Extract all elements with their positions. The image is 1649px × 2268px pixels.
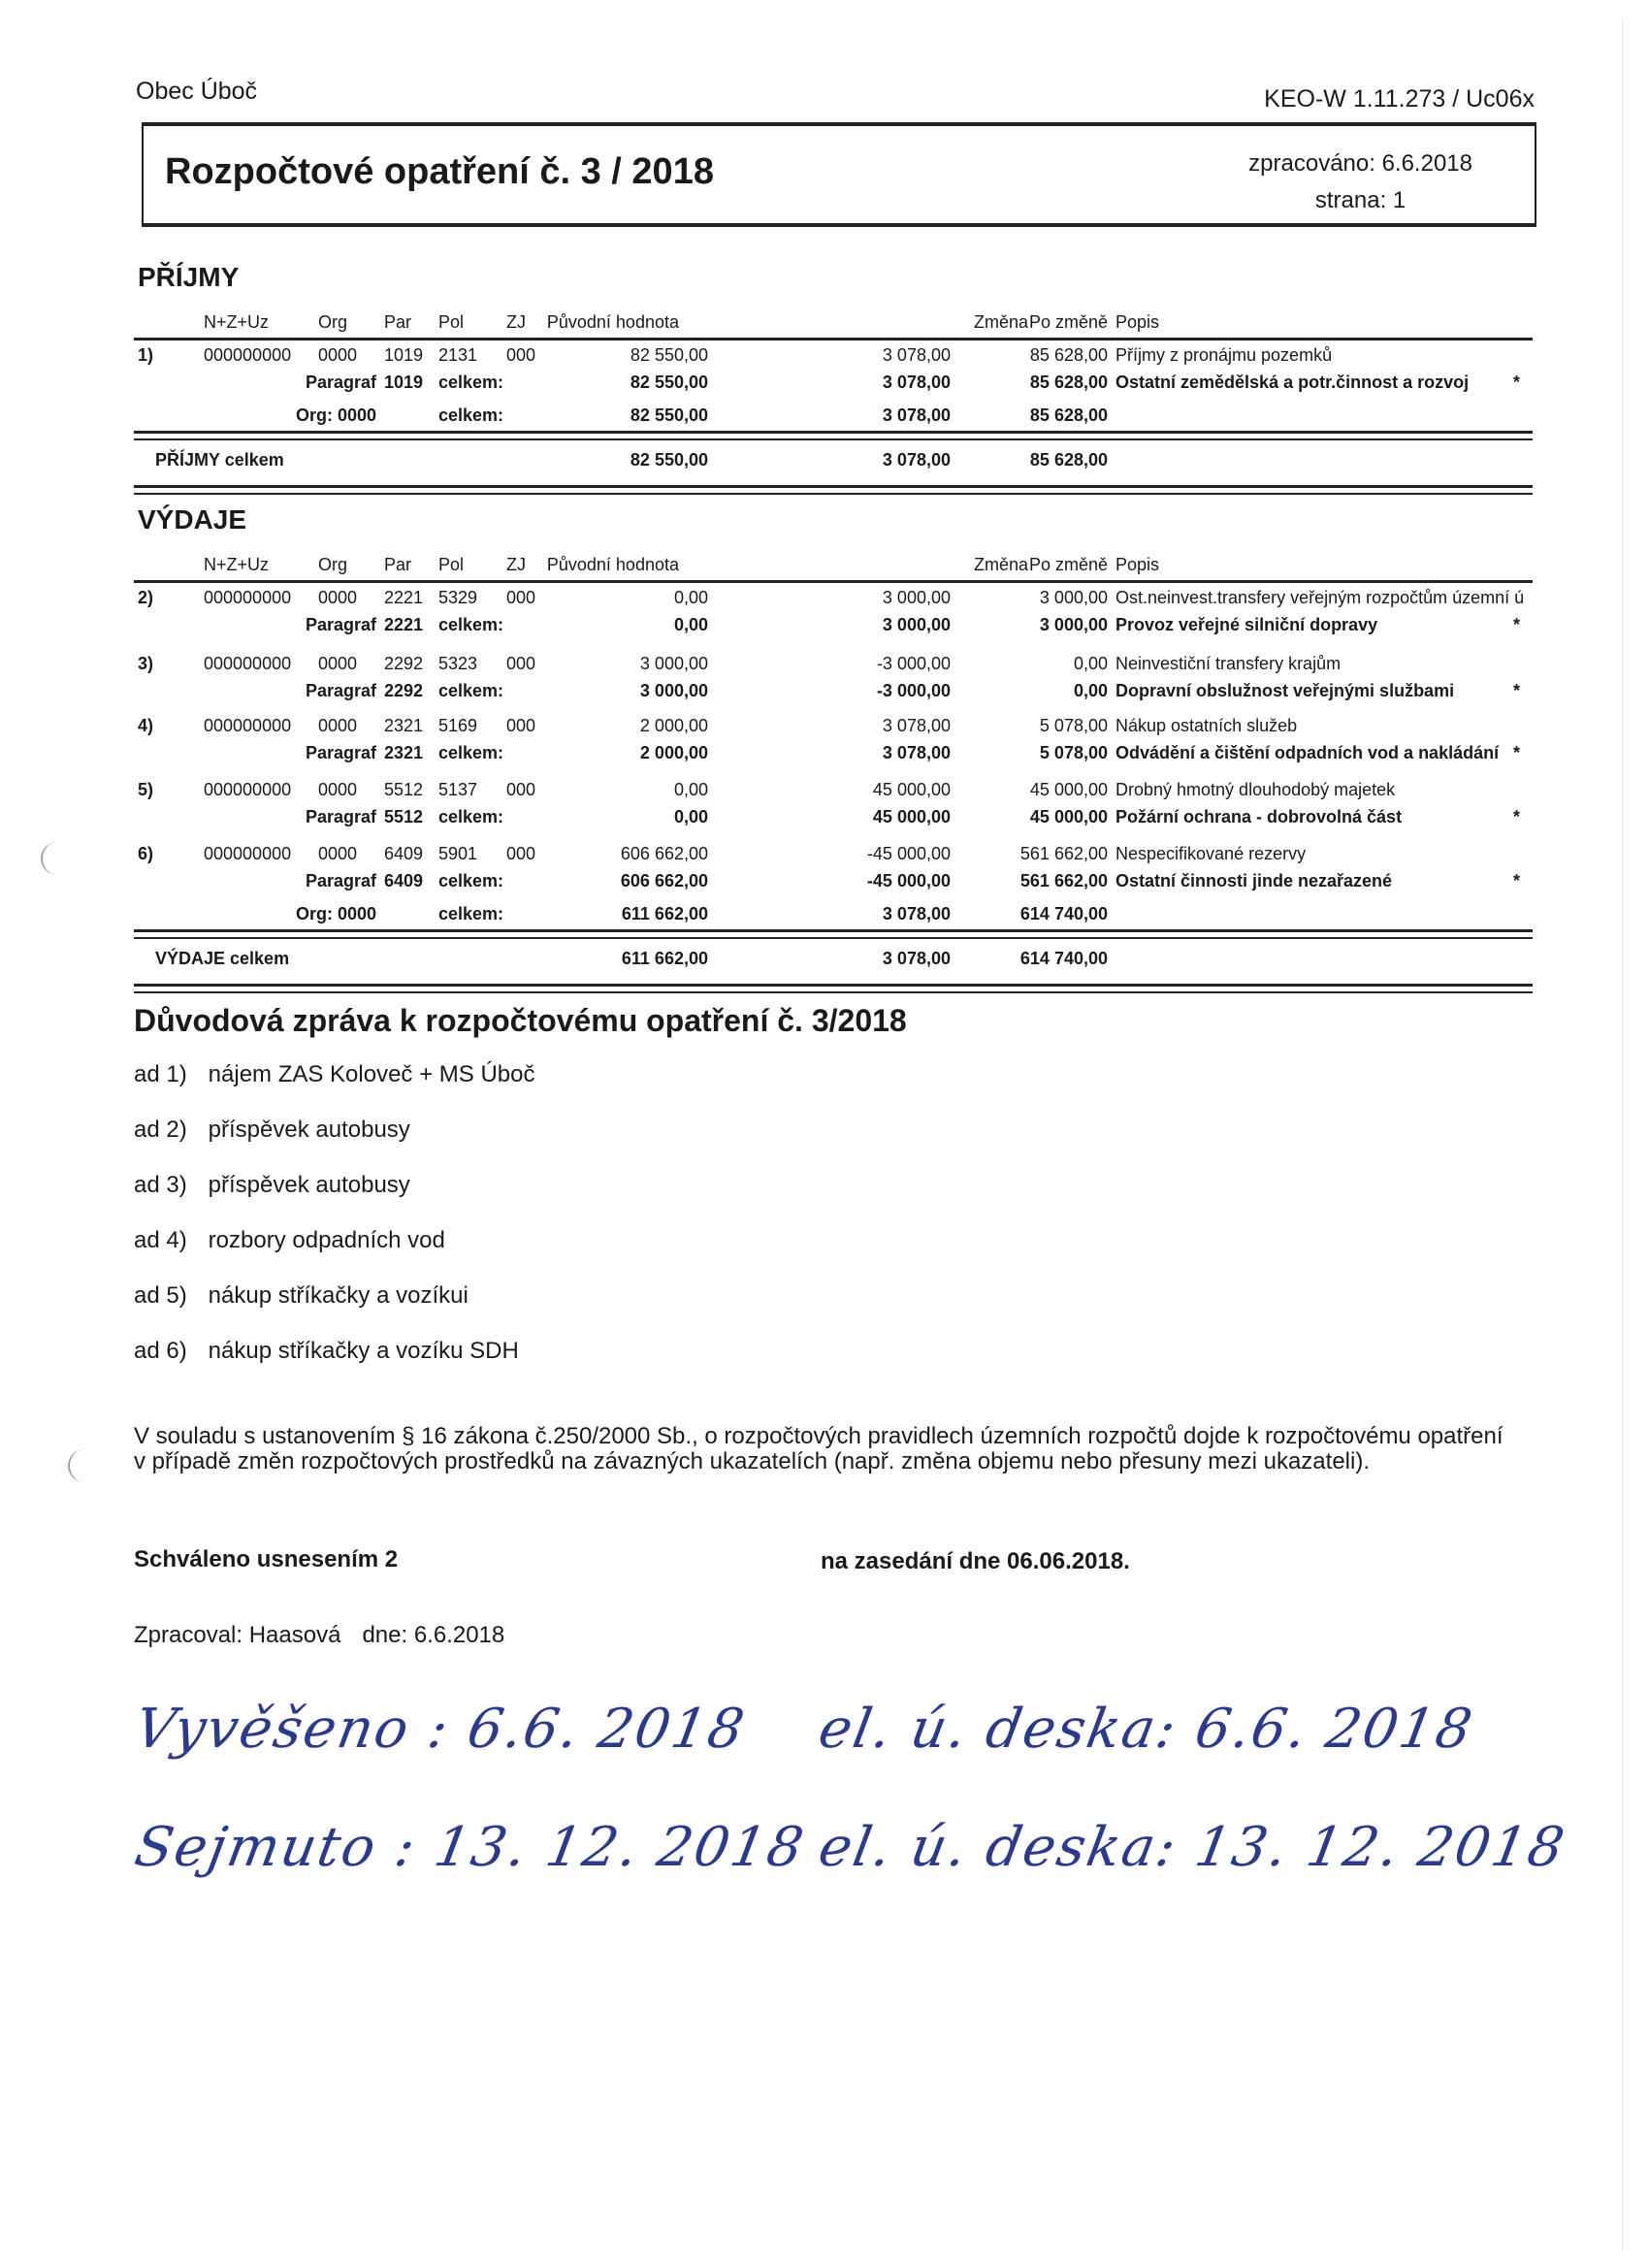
change-value: 45 000,00	[873, 780, 951, 800]
subtotal-par: 6409	[384, 871, 423, 891]
description: Drobný hmotný dlouhodobý majetek	[1115, 780, 1395, 800]
subtotal-celkem: celkem:	[438, 681, 503, 701]
double-rule-top	[134, 485, 1533, 488]
grand-total-after: 85 628,00	[1030, 450, 1108, 470]
col-chg: Změna	[974, 312, 1028, 333]
expenses-section-title: VÝDAJE	[138, 504, 246, 535]
col-org: Org	[318, 555, 347, 575]
subtotal-orig: 0,00	[674, 807, 708, 827]
after-value: 0,00	[1074, 654, 1108, 674]
description: Příjmy z pronájmu pozemků	[1115, 345, 1332, 366]
subtotal-after: 561 662,00	[1020, 871, 1108, 891]
change-value: -3 000,00	[877, 654, 951, 674]
subtotal-orig: 82 550,00	[630, 373, 708, 393]
zj-value: 000	[506, 654, 535, 674]
table-row: 2)0000000000000222153290000,003 000,003 …	[134, 588, 1533, 613]
subtotal-label: Paragraf	[306, 743, 376, 763]
org-total-celkem: celkem:	[438, 904, 503, 924]
page-edge	[1622, 19, 1623, 2251]
zj-value: 000	[506, 588, 535, 608]
col-nzu: N+Z+Uz	[204, 312, 269, 333]
grand-total-label: VÝDAJE celkem	[155, 949, 289, 969]
reason-ref: ad 4)	[134, 1227, 202, 1254]
reason-item: ad 2) příspěvek autobusy	[134, 1117, 410, 1144]
subtotal-label: Paragraf	[306, 373, 376, 393]
pol-value: 5323	[438, 654, 477, 674]
subtotal-orig: 606 662,00	[621, 871, 708, 891]
orig-value: 0,00	[674, 780, 708, 800]
reason-ref: ad 5)	[134, 1282, 202, 1310]
processed-by-date: dne: 6.6.2018	[362, 1622, 504, 1648]
item-number: 1)	[138, 345, 153, 366]
description: Neinvestiční transfery krajům	[1115, 654, 1341, 674]
subtotal-label: Paragraf	[306, 615, 376, 635]
grand-total-change: 3 078,00	[883, 949, 951, 969]
subtotal-change: -45 000,00	[867, 871, 951, 891]
asterisk-mark: *	[1513, 871, 1520, 891]
org-total-row: Org: 0000 celkem: 82 550,00 3 078,00 85 …	[134, 405, 1533, 431]
grand-total-label: PŘÍJMY celkem	[155, 450, 284, 470]
asterisk-mark: *	[1513, 743, 1520, 763]
table-row: 6)000000000000064095901000606 662,00-45 …	[134, 844, 1533, 869]
par-value: 5512	[384, 780, 423, 800]
grand-total-orig: 611 662,00	[622, 949, 708, 969]
reason-ref: ad 1)	[134, 1061, 202, 1088]
item-number: 6)	[138, 844, 153, 864]
processed-info: zpracováno: 6.6.2018 strana: 1	[1248, 146, 1472, 219]
org-total-label: Org: 0000	[296, 904, 376, 924]
item-number: 5)	[138, 780, 153, 800]
org-total-change: 3 078,00	[883, 904, 951, 924]
subtotal-par: 2321	[384, 743, 423, 763]
asterisk-mark: *	[1513, 807, 1520, 827]
orig-value: 606 662,00	[621, 844, 708, 864]
par-value: 2321	[384, 716, 423, 736]
table-row: 5)0000000000000551251370000,0045 000,004…	[134, 780, 1533, 805]
nzu-value: 000000000	[204, 844, 291, 864]
subtotal-change: 3 000,00	[883, 615, 951, 635]
pol-value: 5901	[438, 844, 477, 864]
subtotal-after: 0,00	[1074, 681, 1108, 701]
page-number: strana: 1	[1248, 182, 1472, 219]
reason-text: nákup stříkačky a vozíkui	[209, 1282, 469, 1309]
double-rule-bottom	[134, 438, 1533, 440]
income-grand-total-row: PŘÍJMY celkem 82 550,00 3 078,00 85 628,…	[134, 450, 1533, 475]
subtotal-celkem: celkem:	[438, 615, 503, 635]
org-value: 0000	[318, 780, 357, 800]
pol-value: 5137	[438, 780, 477, 800]
punch-hole-mark	[68, 1449, 91, 1482]
subtotal-description: Ostatní činnosti jinde nezařazené	[1115, 871, 1392, 891]
reason-item: ad 4) rozbory odpadních vod	[134, 1227, 445, 1254]
processed-by-name: Zpracoval: Haasová	[134, 1622, 340, 1648]
double-rule-top	[134, 929, 1533, 932]
header-rule	[134, 580, 1533, 583]
zj-value: 000	[506, 345, 535, 366]
item-number: 4)	[138, 716, 153, 736]
description: Nespecifikované rezervy	[1115, 844, 1306, 864]
income-section-title: PŘÍJMY	[138, 262, 239, 293]
subtotal-orig: 0,00	[674, 615, 708, 635]
after-value: 85 628,00	[1030, 345, 1108, 366]
org-total-row: Org: 0000 celkem: 611 662,00 3 078,00 61…	[134, 904, 1533, 929]
col-pol: Pol	[438, 312, 464, 333]
after-value: 5 078,00	[1040, 716, 1108, 736]
zj-value: 000	[506, 716, 535, 736]
subtotal-label: Paragraf	[306, 807, 376, 827]
reason-text: příspěvek autobusy	[209, 1117, 410, 1143]
subtotal-par: 5512	[384, 807, 423, 827]
subtotal-change: -3 000,00	[877, 681, 951, 701]
org-value: 0000	[318, 588, 357, 608]
org-value: 0000	[318, 844, 357, 864]
after-value: 45 000,00	[1030, 780, 1108, 800]
title-box: Rozpočtové opatření č. 3 / 2018 zpracová…	[142, 122, 1536, 227]
double-rule-top	[134, 984, 1533, 987]
handwritten-removed-board: el. ú. deska: 13. 12. 2018	[814, 1816, 1570, 1879]
orig-value: 82 550,00	[630, 345, 708, 366]
col-nzu: N+Z+Uz	[204, 555, 269, 575]
paragraph-subtotal-row: Paragraf2221celkem:0,003 000,003 000,00P…	[134, 615, 1533, 640]
nzu-value: 000000000	[204, 588, 291, 608]
col-par: Par	[384, 312, 411, 333]
handwritten-posted: Vyvěšeno : 6.6. 2018	[130, 1698, 750, 1761]
subtotal-par: 2221	[384, 615, 423, 635]
col-orig: Původní hodnota	[547, 555, 679, 575]
subtotal-celkem: celkem:	[438, 871, 503, 891]
subtotal-label: Paragraf	[306, 681, 376, 701]
org-total-after: 85 628,00	[1030, 405, 1108, 426]
subtotal-orig: 2 000,00	[640, 743, 708, 763]
col-after: Po změně	[1029, 312, 1108, 333]
subtotal-celkem: celkem:	[438, 373, 503, 393]
asterisk-mark: *	[1513, 373, 1520, 393]
expenses-grand-total-row: VÝDAJE celkem 611 662,00 3 078,00 614 74…	[134, 949, 1533, 974]
change-value: 3 078,00	[883, 716, 951, 736]
paragraph-subtotal-row: Paragraf2292celkem:3 000,00-3 000,000,00…	[134, 681, 1533, 706]
org-value: 0000	[318, 716, 357, 736]
col-pol: Pol	[438, 555, 464, 575]
subtotal-after: 45 000,00	[1030, 807, 1108, 827]
after-value: 3 000,00	[1040, 588, 1108, 608]
col-orig: Původní hodnota	[547, 312, 679, 333]
org-value: 0000	[318, 654, 357, 674]
org-total-orig: 611 662,00	[622, 904, 708, 924]
par-value: 2292	[384, 654, 423, 674]
col-desc: Popis	[1115, 312, 1159, 333]
asterisk-mark: *	[1513, 681, 1520, 701]
reasons-title: Důvodová zpráva k rozpočtovému opatření …	[134, 1003, 907, 1039]
paragraph-subtotal-row: Paragraf2321celkem:2 000,003 078,005 078…	[134, 743, 1533, 768]
par-value: 6409	[384, 844, 423, 864]
description: Ost.neinvest.transfery veřejným rozpočtů…	[1115, 588, 1524, 608]
subtotal-celkem: celkem:	[438, 807, 503, 827]
nzu-value: 000000000	[204, 654, 291, 674]
grand-total-change: 3 078,00	[883, 450, 951, 470]
approval-resolution: Schváleno usnesením 2	[134, 1546, 398, 1573]
org-total-orig: 82 550,00	[630, 405, 708, 426]
par-value: 2221	[384, 588, 423, 608]
nzu-value: 000000000	[204, 345, 291, 366]
subtotal-change: 45 000,00	[873, 807, 951, 827]
change-value: -45 000,00	[867, 844, 951, 864]
org-total-after: 614 740,00	[1020, 904, 1108, 924]
subtotal-description: Provoz veřejné silniční dopravy	[1115, 615, 1377, 635]
subtotal-par: 1019	[384, 373, 423, 393]
subtotal-after: 85 628,00	[1030, 373, 1108, 393]
paragraph-subtotal-row: Paragraf5512celkem:0,0045 000,0045 000,0…	[134, 807, 1533, 832]
reason-text: nákup stříkačky a vozíku SDH	[209, 1338, 519, 1364]
approval-session: na zasedání dne 06.06.2018.	[821, 1548, 1130, 1575]
col-chg: Změna	[974, 555, 1028, 575]
reason-item: ad 1) nájem ZAS Koloveč + MS Úboč	[134, 1061, 534, 1088]
subtotal-change: 3 078,00	[883, 743, 951, 763]
org-total-label: Org: 0000	[296, 405, 376, 426]
legal-notice: V souladu s ustanovením § 16 zákona č.25…	[134, 1424, 1511, 1474]
description: Nákup ostatních služeb	[1115, 716, 1297, 736]
col-zj: ZJ	[506, 555, 526, 575]
grand-total-orig: 82 550,00	[630, 450, 708, 470]
col-after: Po změně	[1029, 555, 1108, 575]
asterisk-mark: *	[1513, 615, 1520, 635]
col-zj: ZJ	[506, 312, 526, 333]
reason-ref: ad 3)	[134, 1172, 202, 1199]
pol-value: 5169	[438, 716, 477, 736]
reason-item: ad 3) příspěvek autobusy	[134, 1172, 410, 1199]
header-rule	[134, 338, 1533, 340]
pol-value: 5329	[438, 588, 477, 608]
subtotal-description: Ostatní zemědělská a potr.činnost a rozv…	[1115, 373, 1469, 393]
processed-date: zpracováno: 6.6.2018	[1248, 146, 1472, 182]
col-org: Org	[318, 312, 347, 333]
par-value: 1019	[384, 345, 423, 366]
subtotal-after: 5 078,00	[1040, 743, 1108, 763]
subtotal-description: Dopravní obslužnost veřejnými službami	[1115, 681, 1454, 701]
reason-item: ad 5) nákup stříkačky a vozíkui	[134, 1282, 469, 1310]
municipality-name: Obec Úboč	[136, 78, 257, 106]
col-desc: Popis	[1115, 555, 1159, 575]
item-number: 2)	[138, 588, 153, 608]
double-rule-top	[134, 431, 1533, 434]
handwritten-removed: Sejmuto : 13. 12. 2018	[130, 1816, 809, 1879]
double-rule-bottom	[134, 937, 1533, 939]
nzu-value: 000000000	[204, 716, 291, 736]
reason-item: ad 6) nákup stříkačky a vozíku SDH	[134, 1338, 519, 1365]
paragraph-subtotal-row: Paragraf 1019 celkem: 82 550,00 3 078,00…	[134, 373, 1533, 398]
table-row: 1) 000000000 0000 1019 2131 000 82 550,0…	[134, 345, 1533, 371]
table-row: 4)0000000000000232151690002 000,003 078,…	[134, 716, 1533, 741]
org-value: 0000	[318, 345, 357, 366]
subtotal-celkem: celkem:	[438, 743, 503, 763]
reason-text: příspěvek autobusy	[209, 1172, 410, 1198]
processed-by: Zpracoval: Haasovádne: 6.6.2018	[134, 1622, 504, 1649]
table-row: 3)0000000000000229253230003 000,00-3 000…	[134, 654, 1533, 679]
double-rule-bottom	[134, 991, 1533, 993]
subtotal-description: Požární ochrana - dobrovolná část	[1115, 807, 1402, 827]
pol-value: 2131	[438, 345, 477, 366]
table-header: N+Z+Uz Org Par Pol ZJ Původní hodnota Zm…	[134, 312, 1533, 338]
double-rule-bottom	[134, 493, 1533, 495]
document-title: Rozpočtové opatření č. 3 / 2018	[165, 151, 714, 193]
subtotal-label: Paragraf	[306, 871, 376, 891]
reason-text: nájem ZAS Koloveč + MS Úboč	[209, 1061, 535, 1087]
subtotal-change: 3 078,00	[883, 373, 951, 393]
subtotal-orig: 3 000,00	[640, 681, 708, 701]
orig-value: 2 000,00	[640, 716, 708, 736]
nzu-value: 000000000	[204, 780, 291, 800]
col-par: Par	[384, 555, 411, 575]
subtotal-description: Odvádění a čištění odpadních vod a naklá…	[1115, 743, 1499, 763]
grand-total-after: 614 740,00	[1020, 949, 1108, 969]
item-number: 3)	[138, 654, 153, 674]
reason-text: rozbory odpadních vod	[209, 1227, 445, 1253]
punch-hole-mark	[41, 842, 64, 875]
subtotal-par: 2292	[384, 681, 423, 701]
orig-value: 0,00	[674, 588, 708, 608]
reason-ref: ad 2)	[134, 1117, 202, 1144]
after-value: 561 662,00	[1020, 844, 1108, 864]
orig-value: 3 000,00	[640, 654, 708, 674]
subtotal-after: 3 000,00	[1040, 615, 1108, 635]
paragraph-subtotal-row: Paragraf6409celkem:606 662,00-45 000,005…	[134, 871, 1533, 896]
software-id: KEO-W 1.11.273 / Uc06x	[1264, 85, 1535, 113]
zj-value: 000	[506, 780, 535, 800]
table-header: N+Z+Uz Org Par Pol ZJ Původní hodnota Zm…	[134, 555, 1533, 580]
org-total-change: 3 078,00	[883, 405, 951, 426]
handwritten-posted-board: el. ú. deska: 6.6. 2018	[814, 1698, 1478, 1761]
reason-ref: ad 6)	[134, 1338, 202, 1365]
change-value: 3 078,00	[883, 345, 951, 366]
change-value: 3 000,00	[883, 588, 951, 608]
org-total-celkem: celkem:	[438, 405, 503, 426]
zj-value: 000	[506, 844, 535, 864]
